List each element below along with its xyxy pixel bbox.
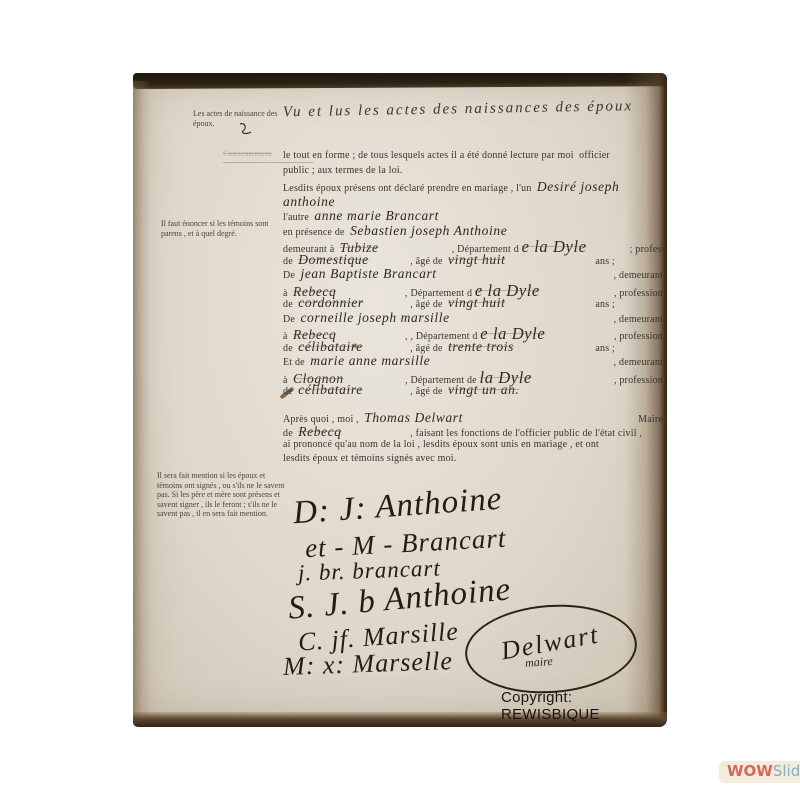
document-line: Et de marie anne marsille, demeurant xyxy=(283,353,663,368)
document-line: Après quoi , moi , Thomas DelwartMaire xyxy=(283,410,663,425)
printed-text: de xyxy=(283,343,298,354)
page-left-rough-edge xyxy=(133,81,151,727)
printed-text: le tout en forme ; de tous lesquels acte… xyxy=(283,150,610,161)
book-top-binding-edge xyxy=(133,73,667,89)
handwritten-text: vingt un an. xyxy=(448,382,560,398)
document-line: de Rebecq, faisant les fonctions de l'of… xyxy=(283,424,663,439)
margin-note: Il sera fait mention si les époux et tém… xyxy=(157,471,289,519)
printed-text: l'autre xyxy=(283,212,314,223)
printed-text: , faisant les fonctions de l'officier pu… xyxy=(410,428,642,439)
margin-note: Il faut énoncer si les témoins sont pare… xyxy=(161,219,285,238)
handwritten-text: Sebastien joseph Anthoine xyxy=(350,223,507,239)
document-line: Lesdits époux présens ont déclaré prendr… xyxy=(283,179,663,194)
handwritten-header: Vu et lus les actes des naissances des é… xyxy=(283,98,663,129)
handwritten-text: vingt huit xyxy=(448,252,560,268)
printed-text: Et de xyxy=(283,357,310,368)
printed-text: à xyxy=(283,375,293,386)
mayor-seal-signature: Delwart maire xyxy=(462,599,640,699)
printed-text: Lesdits époux présens ont déclaré prendr… xyxy=(283,183,537,194)
document-line: à Rebecq, , Département d e la Dyle, pro… xyxy=(283,324,663,339)
printed-text: en présence de xyxy=(283,227,350,238)
document-line: l'autre anne marie Brancart xyxy=(283,208,663,223)
printed-text: De xyxy=(283,270,300,281)
printed-text: ans ; xyxy=(595,256,615,267)
document-line: de célibataire, âgé de trente troisans ; xyxy=(283,339,663,354)
printed-text: de xyxy=(283,299,298,310)
printed-text: De xyxy=(283,314,300,325)
scanned-document: Les actes de naissance des époux.Consent… xyxy=(133,73,667,727)
printed-text: public ; aux termes de la loi. xyxy=(283,165,403,176)
document-line: demeurant à Tubize, Département d e la D… xyxy=(283,237,663,252)
handwritten-text: trente trois xyxy=(448,339,560,355)
printed-text: , profession xyxy=(614,375,663,386)
document-line: De jean Baptiste Brancart, demeurant xyxy=(283,266,663,281)
handwritten-mark-icon xyxy=(237,122,255,136)
printed-text: à xyxy=(283,331,293,342)
screenshot-frame: Les actes de naissance des époux.Consent… xyxy=(0,0,800,800)
printed-text: de xyxy=(283,256,298,267)
document-line: De corneille joseph marsille, demeurant xyxy=(283,310,663,325)
document-line: de célibataire, âgé de vingt un an. xyxy=(283,382,663,397)
printed-text: ; profession xyxy=(630,244,667,255)
printed-text: ans ; xyxy=(595,299,615,310)
document-line: anthoine xyxy=(283,194,663,209)
printed-text: Après quoi , moi , xyxy=(283,414,364,425)
printed-text: ai prononcé qu'au nom de la loi , lesdit… xyxy=(283,439,599,450)
document-line: en présence de Sebastien joseph Anthoine xyxy=(283,223,663,238)
document-line: à Clognon, Département de la Dyle, profe… xyxy=(283,368,663,383)
printed-text: , âgé de xyxy=(410,256,448,267)
printed-text: , demeurant xyxy=(614,357,663,368)
printed-text: à xyxy=(283,288,293,299)
printed-text: , âgé de xyxy=(410,299,448,310)
handwritten-text: jean Baptiste Brancart xyxy=(300,266,436,282)
printed-text: de xyxy=(283,428,298,439)
printed-text: , âgé de xyxy=(410,386,448,397)
printed-text: , demeurant xyxy=(614,314,663,325)
printed-text: ans ; xyxy=(595,343,615,354)
handwritten-text: Desiré joseph xyxy=(537,179,619,195)
document-line: public ; aux termes de la loi. xyxy=(283,165,663,180)
printed-text: lesdits époux et témoins signés avec moi… xyxy=(283,453,456,464)
copyright-text: Copyright: REWISBIQUE xyxy=(501,689,667,723)
document-line: de cordonnier, âgé de vingt huitans ; xyxy=(283,295,663,310)
wowslider-watermark[interactable]: WOW Slider xyxy=(719,761,800,783)
handwritten-text: corneille joseph marsille xyxy=(300,310,449,326)
document-line: à Rebecq, Département d e la Dyle, profe… xyxy=(283,281,663,296)
handwritten-text: célibataire xyxy=(298,382,410,398)
printed-text: Maire xyxy=(638,414,663,425)
printed-text: , profession xyxy=(614,331,663,342)
printed-text: de xyxy=(283,386,298,397)
wowslider-slider-label[interactable]: Slider xyxy=(773,764,800,779)
signature: M: x: Marselle xyxy=(283,646,454,682)
document-line: ai prononcé qu'au nom de la loi , lesdit… xyxy=(283,439,663,454)
handwritten-text: vingt huit xyxy=(448,295,560,311)
document-line: lesdits époux et témoins signés avec moi… xyxy=(283,453,663,468)
wowslider-wow-label[interactable]: WOW xyxy=(727,764,773,779)
act-text-column: Vu et lus les actes des naissances des é… xyxy=(283,101,663,468)
document-line: le tout en forme ; de tous lesquels acte… xyxy=(283,150,663,165)
printed-text: , profession xyxy=(614,288,663,299)
handwritten-text: marie anne marsille xyxy=(310,353,430,369)
printed-text: , âgé de xyxy=(410,343,448,354)
printed-text: , demeurant xyxy=(614,270,663,281)
